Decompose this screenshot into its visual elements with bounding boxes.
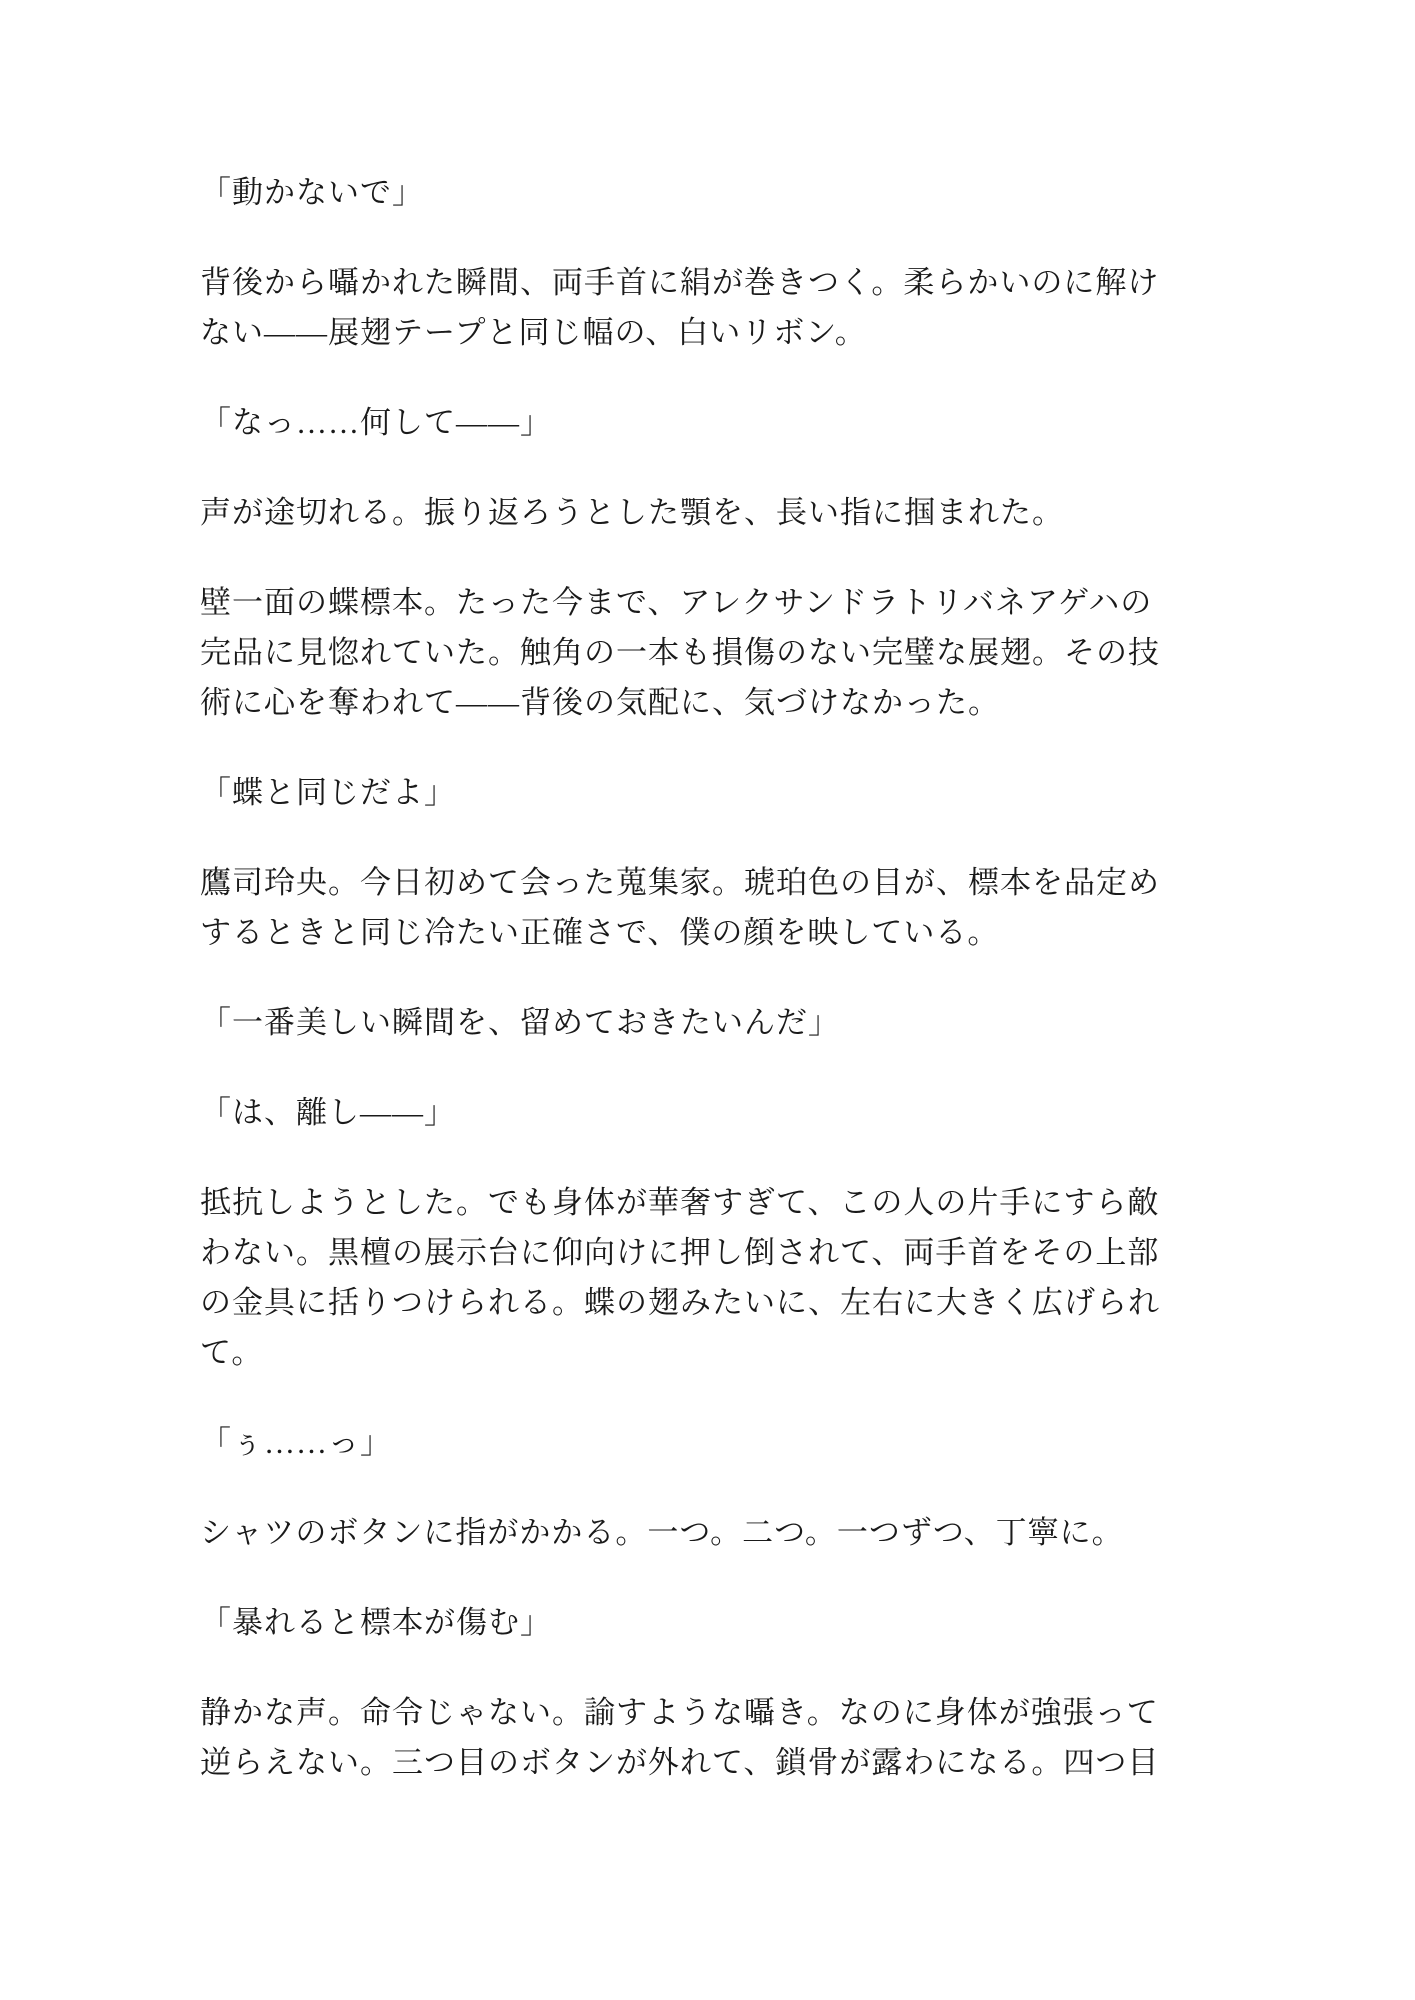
paragraph-narration: 静かな声。命令じゃない。諭すような囁き。なのに身体が強張って逆らえない。三つ目の… (200, 1688, 1165, 1788)
paragraph-dialogue: 「蝶と同じだよ」 (200, 768, 1165, 818)
paragraph-narration: 背後から囁かれた瞬間、両手首に絹が巻きつく。柔らかいのに解けない——展翅テープと… (200, 258, 1165, 358)
text-column: 「動かないで」 背後から囁かれた瞬間、両手首に絹が巻きつく。柔らかいのに解けない… (200, 168, 1165, 1788)
paragraph-narration: 壁一面の蝶標本。たった今まで、アレクサンドラトリバネアゲハの完品に見惚れていた。… (200, 578, 1165, 728)
paragraph-dialogue: 「動かないで」 (200, 168, 1165, 218)
document-page: 「動かないで」 背後から囁かれた瞬間、両手首に絹が巻きつく。柔らかいのに解けない… (0, 0, 1415, 2000)
paragraph-narration: 声が途切れる。振り返ろうとした顎を、長い指に掴まれた。 (200, 488, 1165, 538)
paragraph-dialogue: 「暴れると標本が傷む」 (200, 1598, 1165, 1648)
paragraph-dialogue: 「ぅ……っ」 (200, 1418, 1165, 1468)
paragraph-dialogue: 「は、離し——」 (200, 1088, 1165, 1138)
paragraph-narration: シャツのボタンに指がかかる。一つ。二つ。一つずつ、丁寧に。 (200, 1508, 1165, 1558)
paragraph-narration: 鷹司玲央。今日初めて会った蒐集家。琥珀色の目が、標本を品定めするときと同じ冷たい… (200, 858, 1165, 958)
paragraph-dialogue: 「一番美しい瞬間を、留めておきたいんだ」 (200, 998, 1165, 1048)
paragraph-narration: 抵抗しようとした。でも身体が華奢すぎて、この人の片手にすら敵わない。黒檀の展示台… (200, 1178, 1165, 1378)
paragraph-dialogue: 「なっ……何して——」 (200, 398, 1165, 448)
